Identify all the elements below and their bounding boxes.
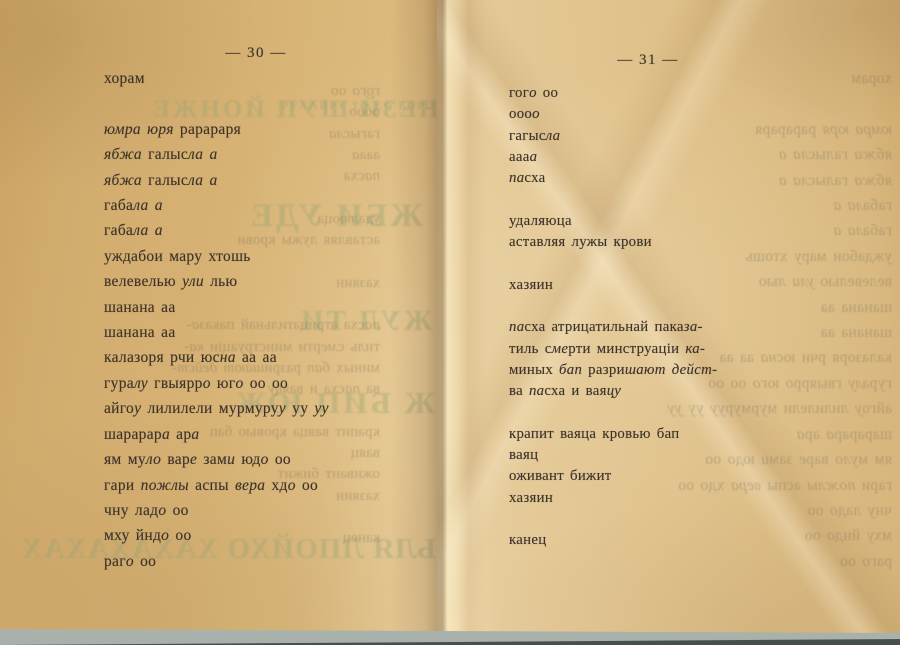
verse-line: хазяин xyxy=(509,488,839,509)
verse-line: габала а xyxy=(104,193,414,218)
verse-line: удаляюца xyxy=(509,211,839,232)
verse-line xyxy=(509,296,839,317)
verse-line: ва пасха и ваяцу xyxy=(509,381,839,402)
ghost-verse-line: раго оо xyxy=(655,549,892,574)
verse-line xyxy=(509,253,839,274)
verse-line: оживант бижит xyxy=(509,466,839,487)
poem-column-right: гого оооооогагыслааааапасха удаляюцааста… xyxy=(509,83,839,552)
verse-line: тиль смерти минструаціи ка- xyxy=(509,339,839,360)
verse-line: хазяин xyxy=(509,275,839,296)
verse-line: оооо xyxy=(509,104,839,125)
verse-line: гого оо xyxy=(509,83,839,104)
verse-line: калазоря рчи юсна аа аа xyxy=(104,345,414,370)
verse-line: гагысла xyxy=(509,126,839,147)
book-spread-scan: РУХАЙРУ ТО ЕО ЕОРО НЕЗЙ ШУП ЙОНЖЕ ЖБИ УД… xyxy=(0,0,900,645)
poem-column-left: хорам юмра юря рарараряябжа галысла аябж… xyxy=(104,66,414,574)
verse-line: аааа xyxy=(509,147,839,168)
page-number-31: — 31 — xyxy=(568,52,728,69)
verse-line: велевелью ули лью xyxy=(104,269,414,294)
verse-line xyxy=(509,402,839,423)
verse-line xyxy=(104,91,414,116)
verse-line: юмра юря рарараря xyxy=(104,117,414,142)
verse-line: аставляя лужы крови xyxy=(509,232,839,253)
verse-line: чну ладо оо xyxy=(104,498,414,523)
verse-line: крапит ваяца кровью бап xyxy=(509,424,839,445)
verse-line: хорам xyxy=(104,66,414,91)
verse-line: ваяц xyxy=(509,445,839,466)
verse-line: гуралу гвыярро юго оо оо xyxy=(104,371,414,396)
verse-line: шарарара ара xyxy=(104,422,414,447)
verse-line: пасха xyxy=(509,168,839,189)
verse-line: гари пожлы аспы вера хдо оо xyxy=(104,473,414,498)
verse-line: миных бап разришают дейст- xyxy=(509,360,839,381)
verse-line: шанана аа xyxy=(104,320,414,345)
verse-line: мху йндо оо xyxy=(104,523,414,548)
verse-line: ям муло варе зами юдо оо xyxy=(104,447,414,472)
verse-line: шанана аа xyxy=(104,295,414,320)
verse-line: пасха атрицатильнай паказа- xyxy=(509,317,839,338)
verse-line: ябжа галысла а xyxy=(104,168,414,193)
verse-line: уждабои мару хтошь xyxy=(104,244,414,269)
verse-line: айгоу лилилели мурмуруу уу уу xyxy=(104,396,414,421)
page-number-30: — 30 — xyxy=(176,45,336,62)
verse-line: канец xyxy=(509,530,839,551)
verse-line: габала а xyxy=(104,218,414,243)
verse-line xyxy=(509,509,839,530)
verse-line xyxy=(509,189,839,210)
verse-line: раго оо xyxy=(104,549,414,574)
verse-line: ябжа галысла а xyxy=(104,142,414,167)
